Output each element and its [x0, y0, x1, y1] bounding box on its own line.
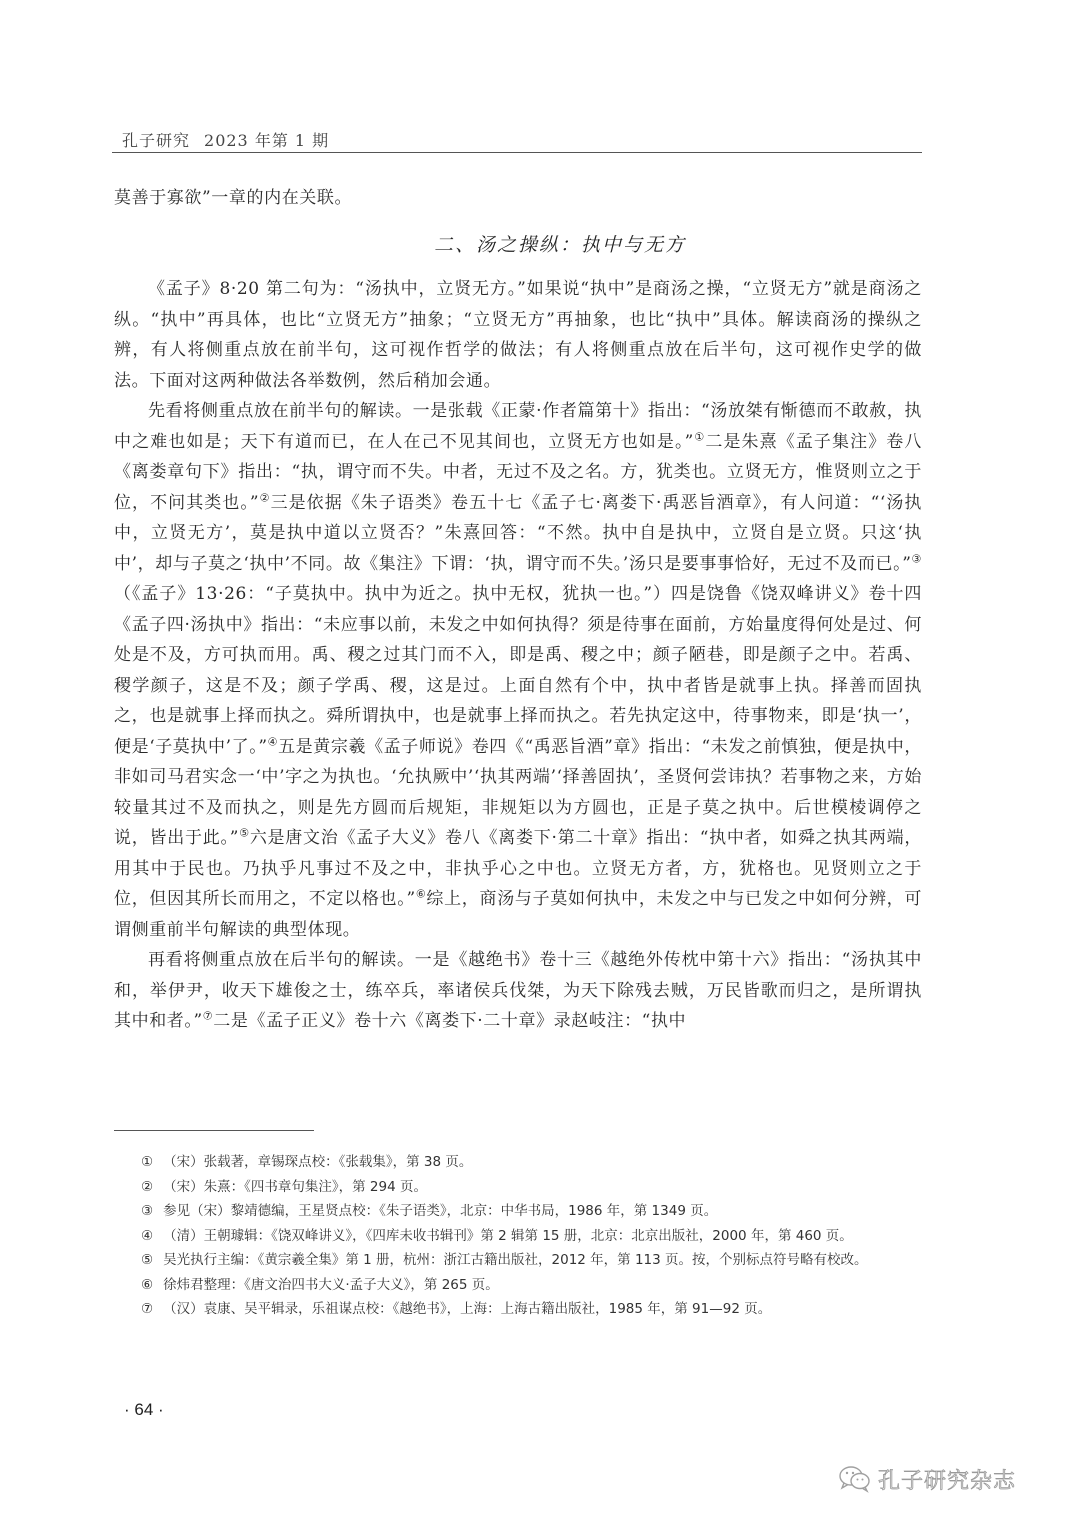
page-number: · 64 ·	[124, 1400, 164, 1420]
footnote-marker: ⑥	[141, 1277, 153, 1293]
footnote-marker: ③	[141, 1203, 153, 1219]
footnotes: ①（宋）张载著，章锡琛点校：《张载集》，第 38 页。 ②（宋）朱熹：《四书章句…	[114, 1150, 922, 1322]
continued-text: 莫善于寡欲”一章的内在关联。	[114, 183, 352, 208]
footnote-2: ②（宋）朱熹：《四书章句集注》，第 294 页。	[114, 1175, 922, 1200]
footnote-ref-4[interactable]: ④	[268, 735, 278, 748]
footnote-marker: ①	[141, 1154, 153, 1170]
footnote-ref-2[interactable]: ②	[259, 491, 270, 504]
paragraph-text: 二是《孟子正义》卷十六《离娄下·二十章》录赵岐注：“执中	[213, 1011, 686, 1031]
header-rule	[112, 152, 922, 153]
issue-number: 2023 年第 1 期	[204, 131, 329, 150]
paragraph-3: 再看将侧重点放在后半句的解读。一是《越绝书》卷十三《越绝外传枕中第十六》指出：“…	[114, 945, 922, 1037]
footnote-separator	[114, 1130, 314, 1131]
paragraph-1: 《孟子》8·20 第二句为：“汤执中，立贤无方。”如果说“执中”是商汤之操，“立…	[114, 274, 922, 396]
footnote-ref-6[interactable]: ⑥	[416, 887, 427, 900]
running-head: 孔子研究2023 年第 1 期	[122, 128, 329, 151]
footnote-text: （汉）袁康、吴平辑录，乐祖谋点校：《越绝书》，上海：上海古籍出版社，1985 年…	[163, 1301, 771, 1317]
footnote-ref-7[interactable]: ⑦	[203, 1009, 213, 1022]
paragraph-text: （《孟子》13·26：“子莫执中。执中为近之。执中无权，犹执一也。”）四是饶鲁《…	[114, 584, 922, 757]
footnote-5: ⑤吴光执行主编：《黄宗羲全集》第 1 册，杭州：浙江古籍出版社，2012 年，第…	[114, 1248, 922, 1273]
body-text: 《孟子》8·20 第二句为：“汤执中，立贤无方。”如果说“执中”是商汤之操，“立…	[114, 274, 922, 1037]
footnote-ref-3[interactable]: ③	[912, 552, 922, 565]
section-heading: 二、汤之操纵：执中与无方	[0, 230, 1080, 257]
footnote-text: 吴光执行主编：《黄宗羲全集》第 1 册，杭州：浙江古籍出版社，2012 年，第 …	[163, 1252, 867, 1268]
footnote-marker: ⑦	[141, 1301, 153, 1317]
watermark-text: 孔子研究杂志	[878, 1464, 1016, 1495]
wechat-icon	[838, 1465, 872, 1493]
footnote-3: ③参见（宋）黎靖德编，王星贤点校：《朱子语类》，北京：中华书局，1986 年，第…	[114, 1199, 922, 1224]
footnote-text: （宋）张载著，章锡琛点校：《张载集》，第 38 页。	[163, 1154, 472, 1170]
footnote-4: ④（清）王朝璩辑：《饶双峰讲义》，《四库未收书辑刊》第 2 辑第 15 册，北京…	[114, 1224, 922, 1249]
footnote-marker: ②	[141, 1179, 153, 1195]
footnote-text: （宋）朱熹：《四书章句集注》，第 294 页。	[163, 1179, 427, 1195]
paragraph-text: 《孟子》8·20 第二句为：“汤执中，立贤无方。”如果说“执中”是商汤之操，“立…	[114, 279, 922, 391]
footnote-6: ⑥徐炜君整理：《唐文治四书大义·孟子大义》，第 265 页。	[114, 1273, 922, 1298]
footnote-marker: ④	[141, 1228, 153, 1244]
footnote-1: ①（宋）张载著，章锡琛点校：《张载集》，第 38 页。	[114, 1150, 922, 1175]
footnote-text: （清）王朝璩辑：《饶双峰讲义》，《四库未收书辑刊》第 2 辑第 15 册，北京：…	[163, 1228, 853, 1244]
footnote-ref-5[interactable]: ⑤	[239, 826, 250, 839]
footnote-marker: ⑤	[141, 1252, 153, 1268]
footnote-7: ⑦（汉）袁康、吴平辑录，乐祖谋点校：《越绝书》，上海：上海古籍出版社，1985 …	[114, 1297, 922, 1322]
footnote-text: 徐炜君整理：《唐文治四书大义·孟子大义》，第 265 页。	[163, 1277, 499, 1293]
journal-name: 孔子研究	[122, 131, 190, 150]
paragraph-2: 先看将侧重点放在前半句的解读。一是张载《正蒙·作者篇第十》指出：“汤放桀有惭德而…	[114, 396, 922, 945]
footnote-ref-1[interactable]: ①	[694, 430, 705, 443]
watermark: 孔子研究杂志	[838, 1464, 1016, 1494]
footnote-text: 参见（宋）黎靖德编，王星贤点校：《朱子语类》，北京：中华书局，1986 年，第 …	[163, 1203, 717, 1219]
